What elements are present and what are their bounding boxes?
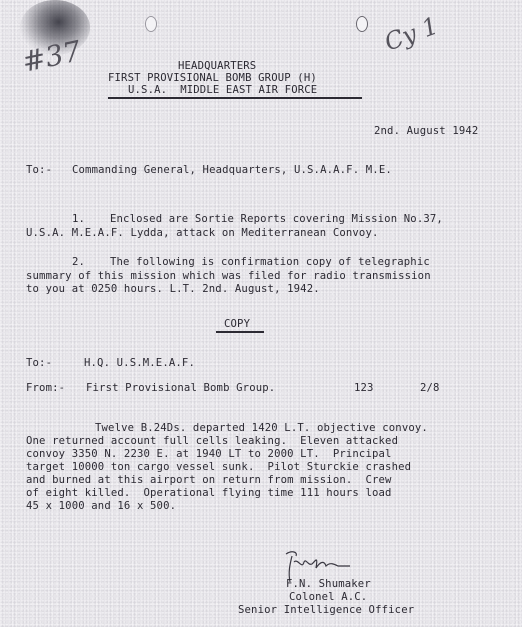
paragraph-1-line-1: Enclosed are Sortie Reports covering Mis…: [110, 213, 443, 226]
paragraph-1-number: 1.: [72, 213, 85, 226]
letterhead-underline: [108, 97, 362, 99]
punch-hole-left: [145, 16, 157, 32]
telegram-body-line-5: and burned at this airport on return fro…: [26, 474, 392, 487]
signatory-title: Senior Intelligence Officer: [238, 604, 414, 617]
copy-heading: COPY: [224, 318, 250, 331]
paragraph-1-line-2: U.S.A. M.E.A.F. Lydda, attack on Mediter…: [26, 227, 379, 240]
paragraph-2-line-1: The following is confirmation copy of te…: [110, 256, 430, 269]
paragraph-2-number: 2.: [72, 256, 85, 269]
telegram-to-label: To:-: [26, 357, 52, 370]
telegram-to-value: H.Q. U.S.M.E.A.F.: [84, 357, 195, 370]
telegram-body-line-3: convoy 3350 N. 2230 E. at 1940 LT to 200…: [26, 448, 392, 461]
telegram-message-date: 2/8: [420, 382, 440, 395]
telegram-from-value: First Provisional Bomb Group.: [86, 382, 275, 395]
paragraph-2-line-3: to you at 0250 hours. L.T. 2nd. August, …: [26, 283, 320, 296]
telegram-body-line-4: target 10000 ton cargo vessel sunk. Pilo…: [26, 461, 411, 474]
copy-underline: [216, 331, 264, 333]
document-date: 2nd. August 1942: [374, 125, 478, 138]
document-page: #37 Cy 1 HEADQUARTERS FIRST PROVISIONAL …: [0, 0, 522, 627]
telegram-from-label: From:-: [26, 382, 65, 395]
telegram-body-line-1: Twelve B.24Ds. departed 1420 L.T. object…: [95, 422, 428, 435]
handwritten-copy-note: Cy 1: [381, 11, 442, 56]
addressee-label: To:-: [26, 164, 52, 177]
signatory-name: F.N. Shumaker: [286, 578, 371, 591]
addressee-value: Commanding General, Headquarters, U.S.A.…: [72, 164, 392, 177]
letterhead-line-3: U.S.A. MIDDLE EAST AIR FORCE: [128, 84, 317, 97]
telegram-body-line-6: of eight killed. Operational flying time…: [26, 487, 392, 500]
telegram-body-line-2: One returned account full cells leaking.…: [26, 435, 398, 448]
paragraph-2-line-2: summary of this mission which was filed …: [26, 270, 431, 283]
punch-hole-right: [356, 16, 368, 32]
signatory-rank: Colonel A.C.: [289, 591, 367, 604]
telegram-message-number: 123: [354, 382, 374, 395]
telegram-body-line-7: 45 x 1000 and 16 x 500.: [26, 500, 176, 513]
